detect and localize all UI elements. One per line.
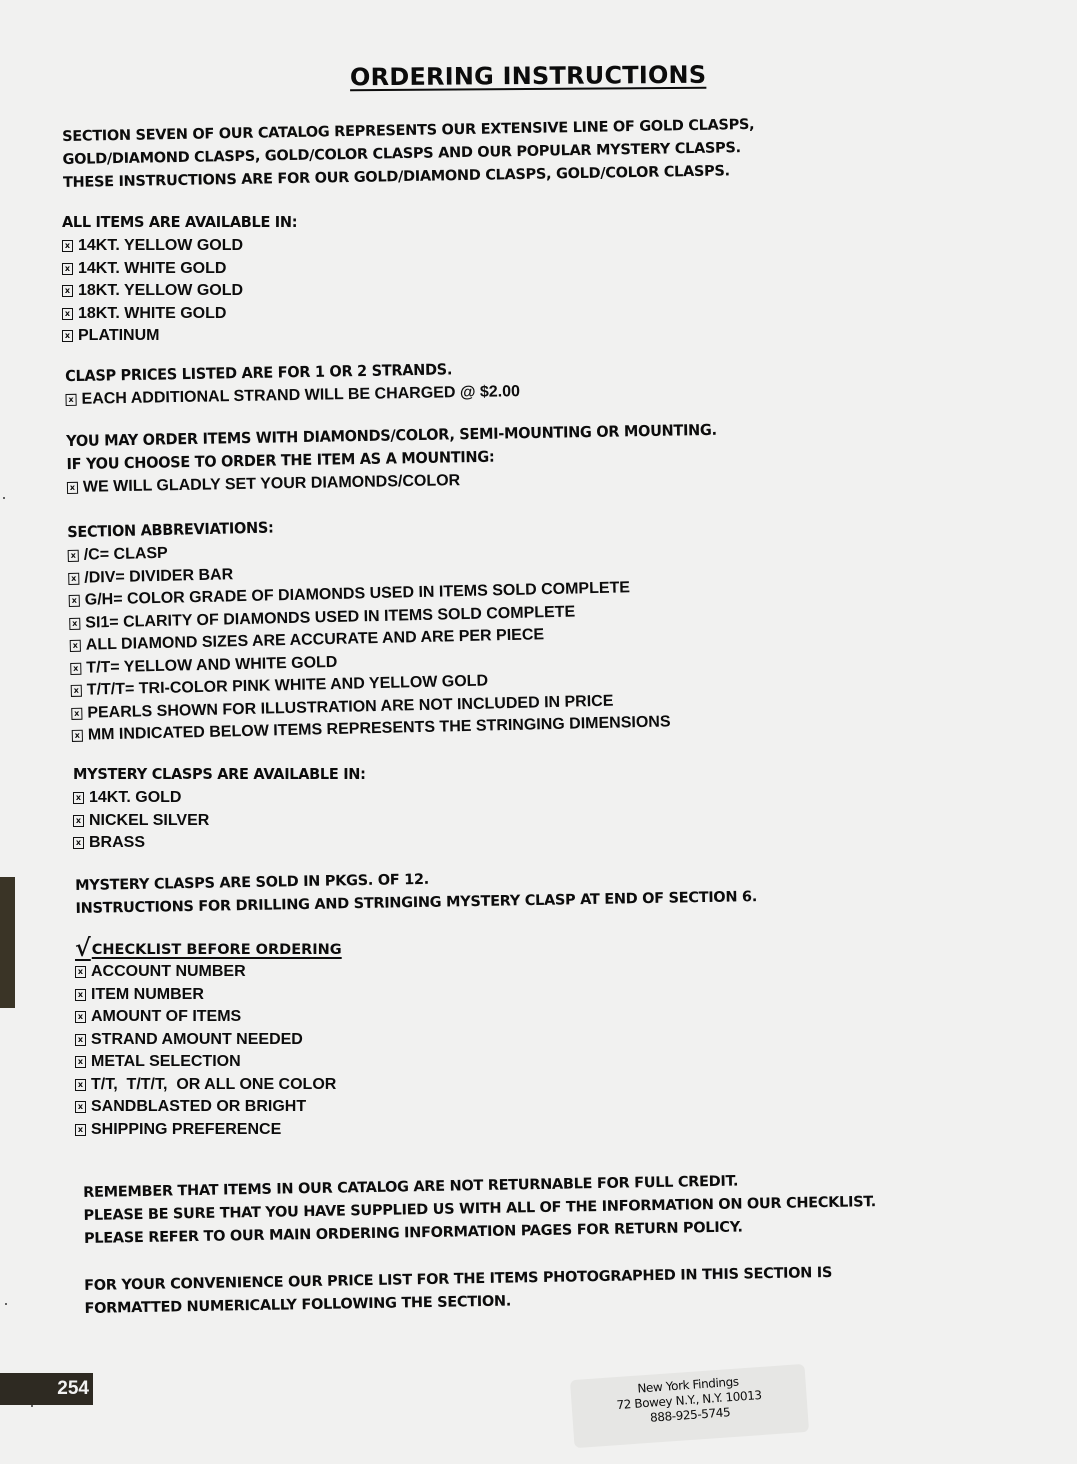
list-item-label: NICKEL SILVER <box>89 810 209 833</box>
checkbox-icon: x <box>62 263 73 275</box>
checklist-item: xITEM NUMBER <box>75 984 342 1007</box>
checklist-item-label: ITEM NUMBER <box>91 984 204 1007</box>
checkbox-icon: x <box>62 308 73 320</box>
checkbox-icon: x <box>71 685 82 697</box>
checklist-item: xSHIPPING PREFERENCE <box>75 1119 342 1142</box>
price-list-paragraph: FOR YOUR CONVENIENCE OUR PRICE LIST FOR … <box>84 1262 833 1321</box>
checkbox-icon: x <box>69 617 80 629</box>
mystery-notes: MYSTERY CLASPS ARE SOLD IN PKGS. OF 12. … <box>75 863 757 921</box>
list-item: x18KT. WHITE GOLD <box>62 303 297 326</box>
list-item: xNICKEL SILVER <box>73 810 366 833</box>
checkbox-icon: x <box>75 1056 86 1068</box>
checkbox-icon: x <box>75 966 86 978</box>
mystery-section: MYSTERY CLASPS ARE AVAILABLE IN: x14KT. … <box>73 764 366 855</box>
checkbox-icon: x <box>70 662 81 674</box>
checkbox-icon: x <box>73 837 84 849</box>
checkbox-icon: x <box>75 1034 86 1046</box>
list-item: x18KT. YELLOW GOLD <box>62 280 297 303</box>
checkbox-icon: x <box>62 240 73 252</box>
checklist-item: xSANDBLASTED OR BRIGHT <box>75 1096 342 1119</box>
checkbox-icon: x <box>70 640 81 652</box>
checkbox-icon: x <box>75 1101 86 1113</box>
checkbox-icon: x <box>68 572 79 584</box>
mystery-heading: MYSTERY CLASPS ARE AVAILABLE IN: <box>73 763 366 787</box>
section-edge-tab <box>0 877 15 1008</box>
list-item-label: 14KT. YELLOW GOLD <box>78 235 243 258</box>
list-item-label: /C= CLASP <box>84 543 169 567</box>
checklist-item: xSTRAND AMOUNT NEEDED <box>75 1029 342 1052</box>
scan-speck <box>3 497 5 499</box>
page-number-badge: 254 <box>0 1373 93 1405</box>
checklist-item-label: METAL SELECTION <box>91 1051 241 1074</box>
intro-paragraph: SECTION SEVEN OF OUR CATALOG REPRESENTS … <box>62 114 755 195</box>
list-item-label: 14KT. WHITE GOLD <box>78 258 226 281</box>
scan-speck <box>5 1303 7 1305</box>
list-item: x14KT. WHITE GOLD <box>62 258 297 281</box>
list-item-label: PLATINUM <box>78 325 159 348</box>
checkmark-icon: √ <box>75 938 91 958</box>
checklist-section: √ CHECKLIST BEFORE ORDERING xACCOUNT NUM… <box>75 938 342 1141</box>
checkbox-icon: x <box>68 550 79 562</box>
checkbox-icon: x <box>67 482 78 494</box>
checklist-heading-text: CHECKLIST BEFORE ORDERING <box>92 942 342 958</box>
checklist-item-label: ACCOUNT NUMBER <box>91 961 246 984</box>
checklist-item-label: AMOUNT OF ITEMS <box>91 1006 241 1029</box>
checklist-item-label: SHIPPING PREFERENCE <box>91 1119 281 1142</box>
checkbox-icon: x <box>75 1011 86 1023</box>
mounting-section: YOU MAY ORDER ITEMS WITH DIAMONDS/COLOR,… <box>66 420 718 500</box>
list-item: xBRASS <box>73 832 366 855</box>
checklist-item: xT/T, T/T/T, OR ALL ONE COLOR <box>75 1074 342 1097</box>
availability-heading: ALL ITEMS ARE AVAILABLE IN: <box>62 211 297 235</box>
catalog-page: ORDERING INSTRUCTIONS SECTION SEVEN OF O… <box>0 0 1077 1464</box>
checklist-heading: √ CHECKLIST BEFORE ORDERING <box>75 938 342 958</box>
returns-paragraph: REMEMBER THAT ITEMS IN OUR CATALOG ARE N… <box>83 1168 877 1251</box>
scan-speck <box>31 1405 33 1407</box>
abbreviations-section: SECTION ABBREVIATIONS: x/C= CLASP x/DIV=… <box>67 508 671 747</box>
checkbox-icon: x <box>65 394 76 406</box>
list-item-label: 14KT. GOLD <box>89 787 181 810</box>
checklist-item: xACCOUNT NUMBER <box>75 961 342 984</box>
list-item-label: 18KT. WHITE GOLD <box>78 303 226 326</box>
checklist-item: xAMOUNT OF ITEMS <box>75 1006 342 1029</box>
checkbox-icon: x <box>62 330 73 342</box>
availability-section: ALL ITEMS ARE AVAILABLE IN: x14KT. YELLO… <box>62 212 297 348</box>
checklist-item: xMETAL SELECTION <box>75 1051 342 1074</box>
checkbox-icon: x <box>73 815 84 827</box>
checklist-item-label: T/T, T/T/T, OR ALL ONE COLOR <box>91 1074 336 1097</box>
list-item: x14KT. GOLD <box>73 787 366 810</box>
checkbox-icon: x <box>72 730 83 742</box>
checklist-item-label: STRAND AMOUNT NEEDED <box>91 1029 303 1052</box>
checkbox-icon: x <box>75 1124 86 1136</box>
strands-section: CLASP PRICES LISTED ARE FOR 1 OR 2 STRAN… <box>65 358 520 411</box>
address-stamp: New York Findings 72 Bowey N.Y., N.Y. 10… <box>570 1364 809 1448</box>
checkbox-icon: x <box>71 707 82 719</box>
checkbox-icon: x <box>69 595 80 607</box>
checkbox-icon: x <box>75 1079 86 1091</box>
list-item: x14KT. YELLOW GOLD <box>62 235 297 258</box>
checklist-item-label: SANDBLASTED OR BRIGHT <box>91 1096 306 1119</box>
list-item-label: BRASS <box>89 832 145 855</box>
checkbox-icon: x <box>73 792 84 804</box>
list-item-label: 18KT. YELLOW GOLD <box>78 280 243 303</box>
checkbox-icon: x <box>62 285 73 297</box>
page-title: ORDERING INSTRUCTIONS <box>350 61 706 91</box>
checkbox-icon: x <box>75 989 86 1001</box>
list-item: xPLATINUM <box>62 325 297 348</box>
